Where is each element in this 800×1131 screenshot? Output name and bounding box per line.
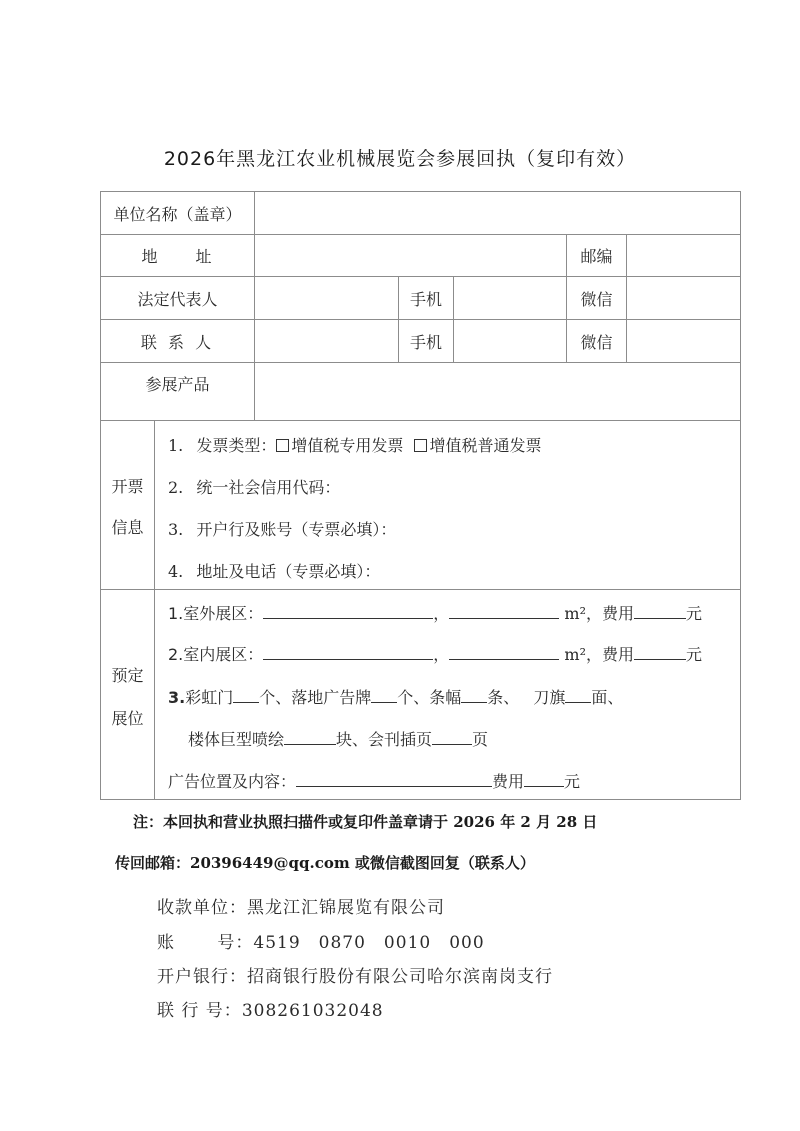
- bank-value: 招商银行股份有限公司哈尔滨南岗支行: [247, 967, 553, 987]
- banner-qty-input[interactable]: [461, 688, 487, 703]
- ad-fee-input[interactable]: [524, 772, 564, 787]
- ad-content-label: 广告位置及内容：: [168, 772, 296, 791]
- item-label: 统一社会信用代码：: [196, 478, 340, 497]
- unit-label: 个、: [397, 688, 429, 707]
- payee-value: 黑龙江汇锦展览有限公司: [247, 898, 445, 918]
- comma: ，: [433, 645, 449, 664]
- unit-label: 块、: [336, 730, 368, 749]
- unit-label: 面、: [591, 688, 623, 707]
- legal-rep-wechat-label: 微信: [567, 277, 626, 319]
- products-label: 参展产品: [101, 366, 254, 400]
- legal-rep-mobile-label: 手机: [399, 277, 453, 319]
- row-divider: [100, 589, 741, 590]
- table-border-right: [740, 191, 741, 800]
- booth-ad-content-row: 广告位置及内容：费用元: [168, 769, 580, 792]
- col-divider: [154, 420, 155, 799]
- legal-rep-mobile-field[interactable]: [454, 277, 566, 319]
- company-name-label: 单位名称（盖章）: [101, 192, 254, 234]
- bank-account-field[interactable]: [440, 514, 730, 538]
- invoice-item-type: 1. 发票类型：增值税专用发票 增值税普通发票: [168, 433, 542, 456]
- invoice-label-line1: 开票: [101, 470, 154, 500]
- bank-row: 开户银行：招商银行股份有限公司哈尔滨南岗支行: [157, 962, 553, 987]
- floor-board-label: 落地广告牌: [291, 688, 371, 707]
- account-value: 4519 0870 0010 000: [253, 933, 484, 953]
- company-name-field[interactable]: [255, 192, 740, 234]
- option-vat-general: 增值税普通发票: [429, 436, 541, 455]
- row-divider: [100, 420, 741, 421]
- deadline-note: 注：本回执和营业执照扫描件或复印件盖章请于 2026 年 2 月 28 日: [133, 811, 597, 832]
- indoor-fee-input[interactable]: [634, 645, 686, 660]
- catalog-insert-qty-input[interactable]: [432, 730, 472, 745]
- indoor-area-input[interactable]: [263, 645, 433, 660]
- indoor-size-input[interactable]: [449, 645, 559, 660]
- address-field[interactable]: [255, 235, 566, 276]
- postcode-field[interactable]: [627, 235, 740, 276]
- outdoor-area-input[interactable]: [263, 604, 433, 619]
- account-label: 账 号：: [157, 933, 253, 953]
- banner-label: 条幅: [429, 688, 461, 707]
- blade-flag-label: 刀旗: [533, 688, 565, 707]
- booth-indoor-row: 2.室内展区：， m²，费用元: [168, 642, 702, 665]
- item-label: 地址及电话（专票必填）：: [196, 562, 380, 581]
- table-border-bottom: [100, 799, 741, 800]
- blade-flag-qty-input[interactable]: [565, 688, 591, 703]
- outdoor-label: 室外展区：: [183, 604, 263, 623]
- rainbow-gate-qty-input[interactable]: [233, 688, 259, 703]
- address-label: 地 址: [101, 235, 254, 276]
- outdoor-fee-input[interactable]: [634, 604, 686, 619]
- legal-rep-label: 法定代表人: [101, 277, 254, 319]
- booth-label-line1: 预定: [101, 659, 154, 689]
- routing-value: 308261032048: [242, 1001, 384, 1021]
- invoice-item-address-phone: 4. 地址及电话（专票必填）：: [168, 559, 380, 582]
- credit-code-field[interactable]: [360, 472, 730, 496]
- comma: ，: [433, 604, 449, 623]
- unit-label: 页: [472, 730, 488, 749]
- checkbox-vat-general[interactable]: [414, 439, 427, 452]
- currency-label: 元: [686, 604, 702, 623]
- products-field[interactable]: [255, 363, 740, 420]
- return-email-note: 传回邮箱：20396449@qq.com 或微信截图回复（联系人）: [115, 852, 535, 873]
- item-number: 3.: [168, 520, 183, 539]
- invoice-label-line2: 信息: [101, 511, 154, 541]
- routing-label: 联 行 号：: [157, 1001, 242, 1021]
- contact-mobile-field[interactable]: [454, 320, 566, 362]
- booth-ads-row-1: 3.彩虹门个、落地广告牌个、条幅条、刀旗面、: [168, 685, 623, 708]
- booth-outdoor-row: 1.室外展区：， m²，费用元: [168, 601, 702, 624]
- item-number: 3.: [168, 688, 185, 707]
- payee-label: 收款单位：: [157, 898, 247, 918]
- contact-wechat-field[interactable]: [627, 320, 740, 362]
- account-row: 账 号：4519 0870 0010 000: [157, 928, 485, 953]
- payee-row: 收款单位：黑龙江汇锦展览有限公司: [157, 893, 445, 918]
- ad-fee-label: 费用: [492, 772, 524, 791]
- invoice-item-bank-account: 3. 开户行及账号（专票必填）：: [168, 517, 396, 540]
- item-number: 2.: [168, 645, 183, 664]
- legal-rep-wechat-field[interactable]: [627, 277, 740, 319]
- item-number: 4.: [168, 562, 183, 581]
- booth-ads-row-2: 楼体巨型喷绘块、会刊插页页: [188, 727, 488, 750]
- address-phone-field[interactable]: [420, 556, 730, 580]
- unit-label: 个、: [259, 688, 291, 707]
- item-number: 1.: [168, 604, 183, 623]
- booth-label-line2: 展位: [101, 702, 154, 732]
- rainbow-gate-label: 彩虹门: [185, 688, 233, 707]
- bank-label: 开户银行：: [157, 967, 247, 987]
- postcode-label: 邮编: [567, 235, 626, 276]
- building-print-qty-input[interactable]: [284, 730, 336, 745]
- building-print-label: 楼体巨型喷绘: [188, 730, 284, 749]
- contact-label: 联 系 人: [101, 320, 254, 362]
- floor-board-qty-input[interactable]: [371, 688, 397, 703]
- contact-wechat-label: 微信: [567, 320, 626, 362]
- item-label: 开户行及账号（专票必填）：: [196, 520, 396, 539]
- contact-mobile-label: 手机: [399, 320, 453, 362]
- unit-label: 条、: [487, 688, 519, 707]
- currency-label: 元: [564, 772, 580, 791]
- contact-field[interactable]: [255, 320, 398, 362]
- outdoor-unit-label: m²，费用: [564, 604, 634, 623]
- catalog-insert-label: 会刊插页: [368, 730, 432, 749]
- document-title: 2026年黑龙江农业机械展览会参展回执（复印有效）: [0, 144, 800, 171]
- option-vat-special: 增值税专用发票: [291, 436, 403, 455]
- indoor-label: 室内展区：: [183, 645, 263, 664]
- item-number: 1.: [168, 436, 183, 455]
- currency-label: 元: [686, 645, 702, 664]
- invoice-item-credit-code: 2. 统一社会信用代码：: [168, 475, 340, 498]
- indoor-unit-label: m²，费用: [564, 645, 634, 664]
- ad-content-input[interactable]: [296, 772, 492, 787]
- legal-rep-field[interactable]: [255, 277, 398, 319]
- outdoor-size-input[interactable]: [449, 604, 559, 619]
- item-label: 发票类型：: [196, 436, 276, 455]
- item-number: 2.: [168, 478, 183, 497]
- checkbox-vat-special[interactable]: [276, 439, 289, 452]
- routing-row: 联 行 号：308261032048: [157, 996, 384, 1021]
